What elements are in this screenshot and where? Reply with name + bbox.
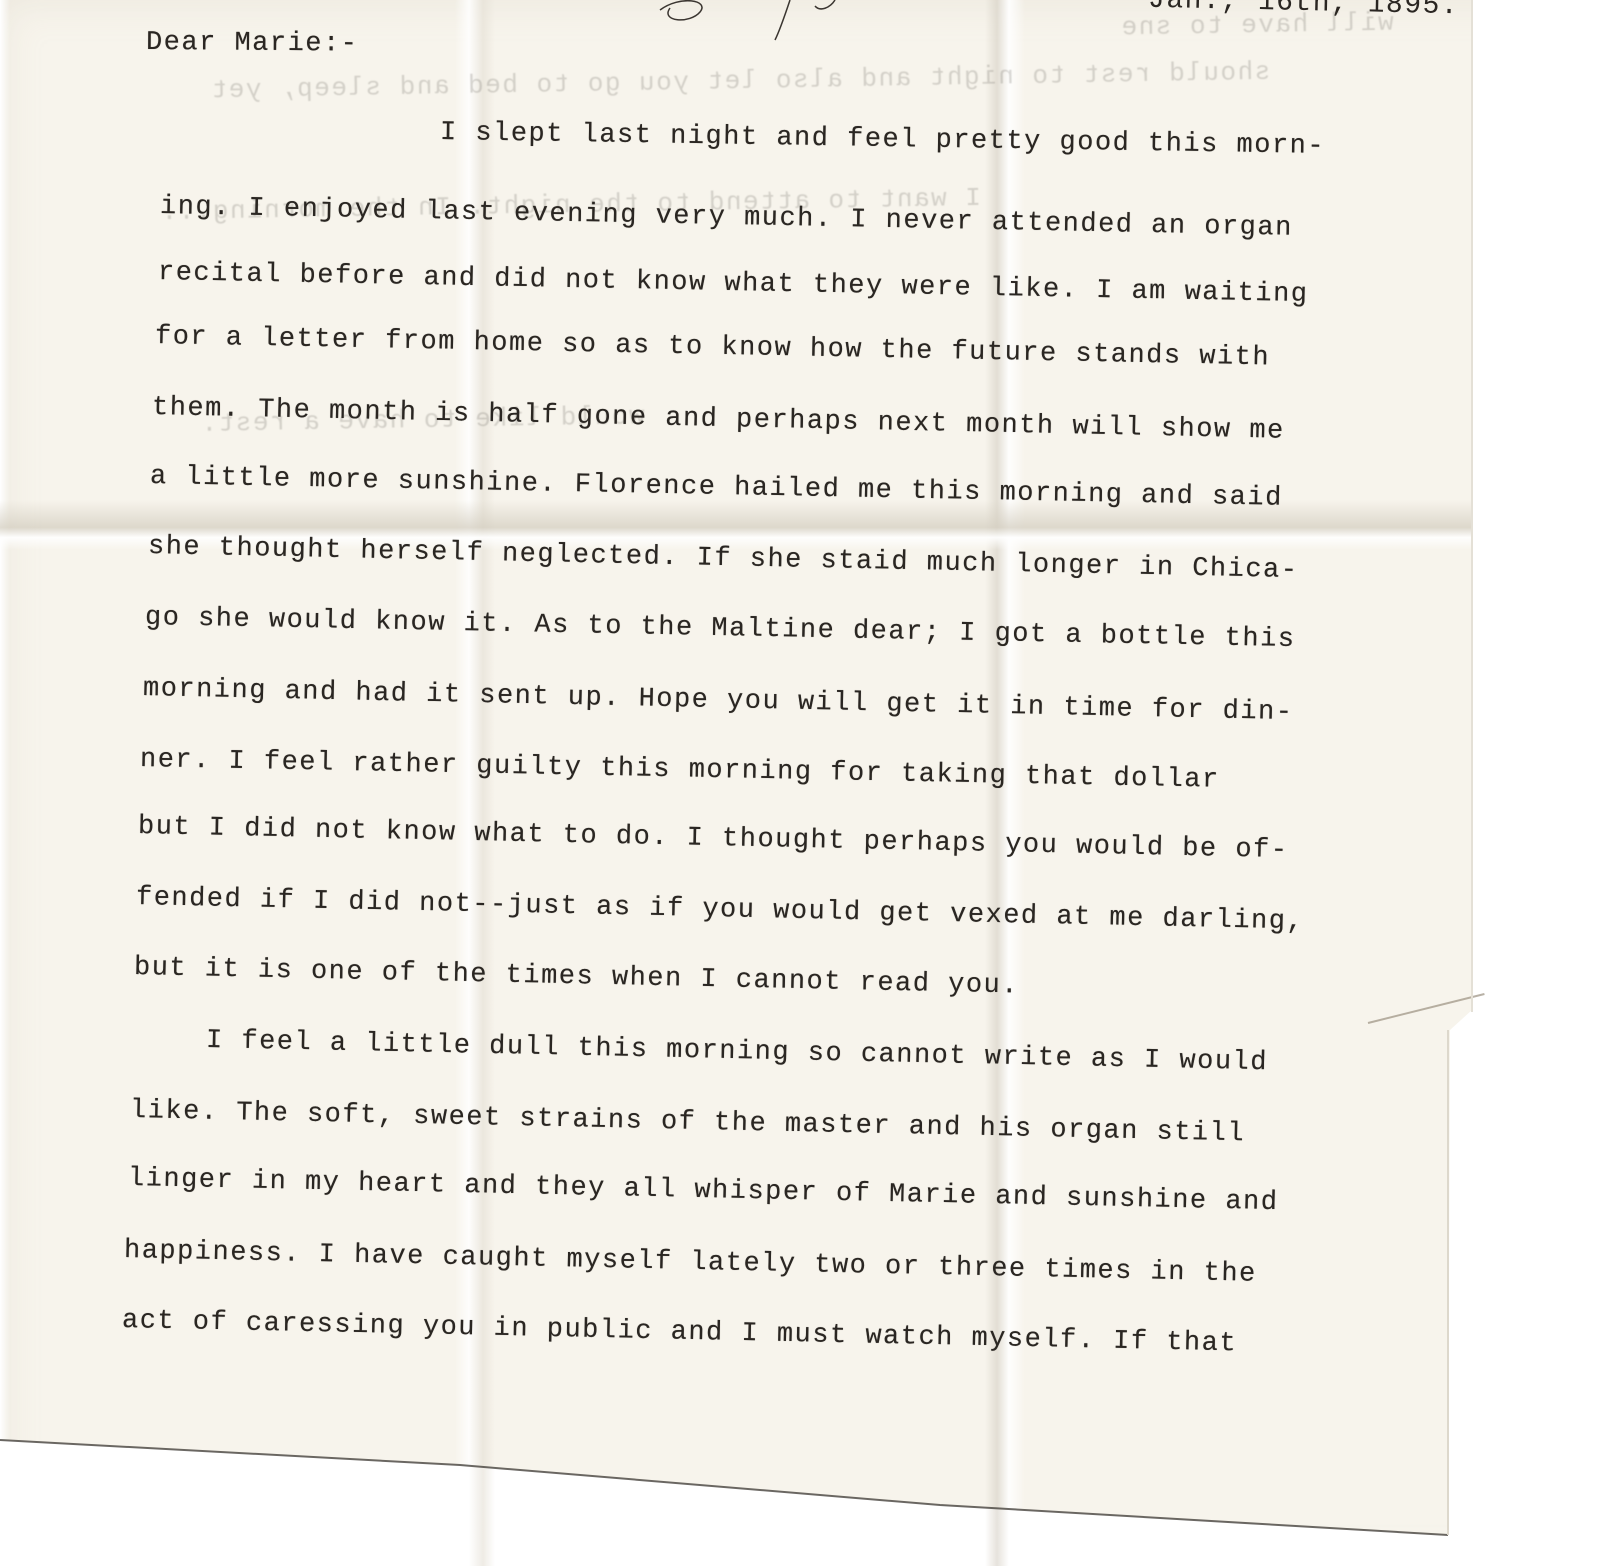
letter-line: fended if I did not--just as if you woul… (136, 883, 1305, 937)
letter-line: recital before and did not know what the… (158, 258, 1309, 310)
letter-line: happiness. I have caught myself lately t… (124, 1236, 1257, 1290)
salutation: Dear Marie:- (146, 28, 359, 59)
letter-line: I feel a little dull this morning so can… (206, 1026, 1269, 1078)
letter-line: act of caressing you in public and I mus… (122, 1306, 1238, 1359)
handwritten-flourish (640, 0, 860, 50)
letter-line: morning and had it sent up. Hope you wil… (143, 674, 1294, 728)
letter-line: for a letter from home so as to know how… (155, 322, 1271, 373)
letter-line: like. The soft, sweet strains of the mas… (130, 1096, 1246, 1149)
letter-line: she thought herself neglected. If she st… (148, 532, 1299, 586)
letter-line: but I did not know what to do. I thought… (138, 812, 1289, 866)
letter-line: linger in my heart and they all whisper … (128, 1164, 1279, 1218)
letter-line: them. The month is half gone and perhaps… (152, 393, 1285, 447)
letter-line: but it is one of the times when I cannot… (134, 953, 1020, 1002)
letter-line: a little more sunshine. Florence hailed … (150, 462, 1283, 514)
letter-body: should rest to night and also let you go… (0, 0, 1600, 1566)
letter-line: go she would know it. As to the Maltine … (145, 603, 1296, 655)
bleed-through-text: should rest to night and also let you go… (210, 57, 1271, 106)
letter-line: I slept last night and feel pretty good … (440, 118, 1326, 162)
letter-line: ner. I feel rather guilty this morning f… (140, 745, 1220, 796)
